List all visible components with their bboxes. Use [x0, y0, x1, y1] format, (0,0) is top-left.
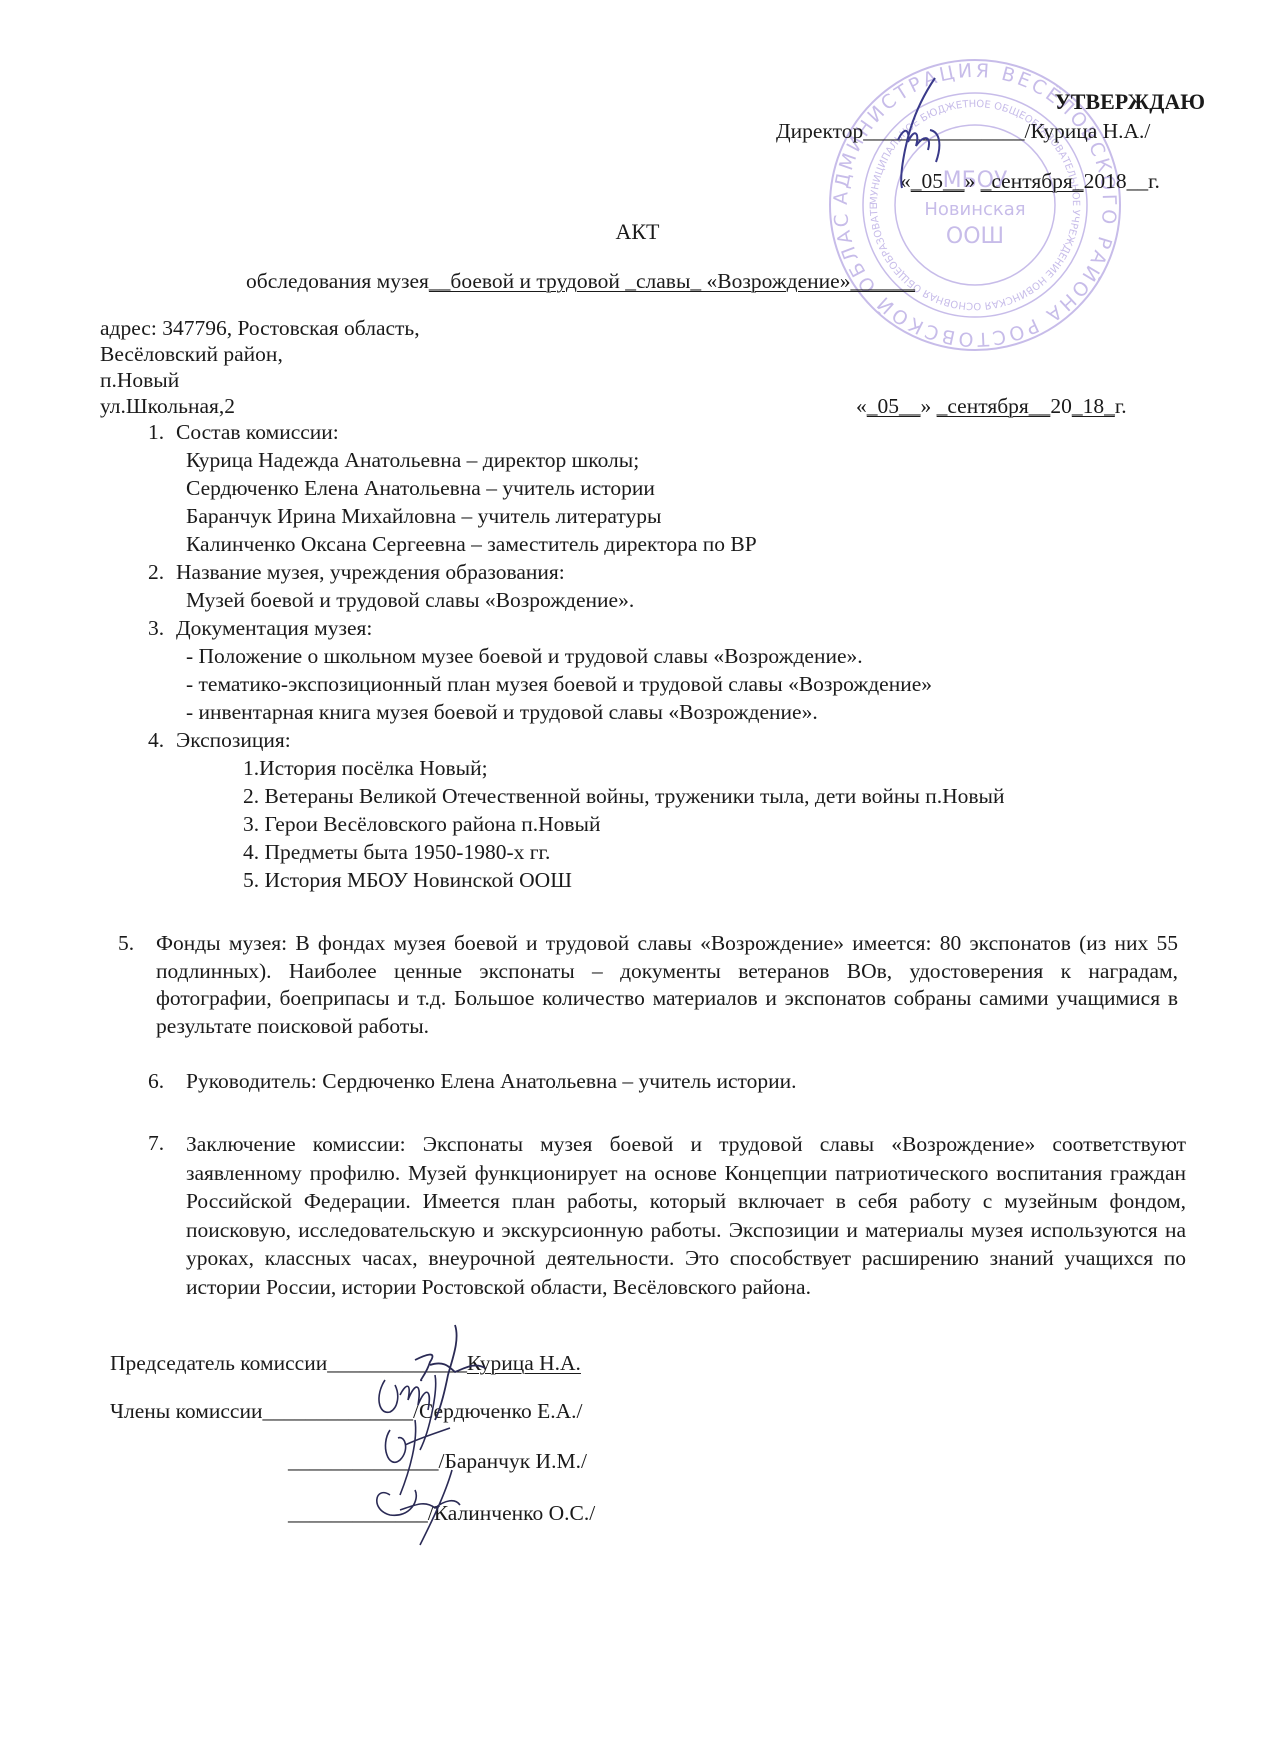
act-date: «_05__» _сентября__20_18_г. [856, 393, 1127, 420]
section-3-heading: 3.Документация музея: [148, 615, 372, 642]
approval-date-year: 2018 [1084, 169, 1127, 193]
commission-member: Баранчук Ирина Михайловна – учитель лите… [186, 503, 661, 530]
act-date-tail: г. [1115, 394, 1127, 418]
act-date-quote-open: « [856, 394, 867, 418]
approval-date-tail: __г. [1127, 169, 1160, 193]
act-date-year: _18_ [1072, 394, 1115, 418]
handwritten-signatures-icon [360, 1320, 560, 1550]
museum-funds-text: Фонды музея: В фондах музея боевой и тру… [156, 930, 1178, 1040]
exposition-item: 4. Предметы быта 1950-1980-х гг. [243, 839, 550, 866]
section-1-heading: 1.Состав комиссии: [148, 419, 339, 446]
museum-head-text: Руководитель: Сердюченко Елена Анатольев… [186, 1068, 797, 1095]
section-number: 1. [148, 419, 176, 446]
commission-member: Калинченко Оксана Сергеевна – заместител… [186, 531, 757, 558]
section-number: 2. [148, 559, 176, 586]
section-2-heading: 2.Название музея, учреждения образования… [148, 559, 565, 586]
section-number: 5. [118, 930, 156, 1040]
act-date-month: _сентября__ [937, 394, 1051, 418]
museum-name: Музей боевой и трудовой славы «Возрожден… [186, 587, 634, 614]
director-label: Директор [776, 119, 863, 143]
section-number: 3. [148, 615, 176, 642]
stamp-center-2: Новинская [924, 199, 1025, 220]
exposition-item: 5. История МБОУ Новинской ООШ [243, 867, 572, 894]
section-title: Название музея, учреждения образования: [176, 560, 565, 584]
subtitle-prefix: обследования музея [246, 269, 429, 293]
documentation-item: - тематико-экспозиционный план музея бое… [186, 671, 932, 698]
section-number: 6. [148, 1068, 186, 1095]
approval-title: УТВЕРЖДАЮ [1055, 88, 1205, 115]
section-title: Экспозиция: [176, 728, 291, 752]
exposition-item: 1.История посёлка Новый; [243, 755, 488, 782]
section-4-heading: 4.Экспозиция: [148, 727, 291, 754]
director-name: /Курица Н.А./ [1025, 119, 1151, 143]
section-5: 5. Фонды музея: В фондах музея боевой и … [118, 930, 1178, 1040]
address-line-4: ул.Школьная,2 [100, 393, 235, 420]
act-date-quote-close: » [921, 394, 932, 418]
section-title: Документация музея: [176, 616, 372, 640]
commission-member: Курица Надежда Анатольевна – директор шк… [186, 447, 639, 474]
approval-date-month: _сентября_ [981, 169, 1084, 193]
address-line-2: Весёловский район, [100, 341, 283, 368]
exposition-item: 3. Герои Весёловского района п.Новый [243, 811, 601, 838]
address-line-1: адрес: 347796, Ростовская область, [100, 315, 420, 342]
section-title: Состав комиссии: [176, 420, 339, 444]
act-date-day: _05__ [867, 394, 921, 418]
section-number: 7. [148, 1130, 186, 1301]
section-6: 6. Руководитель: Сердюченко Елена Анатол… [148, 1068, 797, 1095]
chair-label: Председатель комиссии [110, 1351, 327, 1375]
document-subtitle: обследования музея__боевой и трудовой _с… [246, 268, 915, 295]
exposition-item: 2. Ветераны Великой Отечественной войны,… [243, 783, 1005, 810]
commission-member: Сердюченко Елена Анатольевна – учитель и… [186, 475, 655, 502]
documentation-item: - инвентарная книга музея боевой и трудо… [186, 699, 818, 726]
museum-name-underlined: __боевой и трудовой _славы_ «Возрождение… [429, 269, 915, 293]
act-date-century: 20 [1050, 394, 1072, 418]
director-signature-icon [880, 70, 980, 200]
document-title: АКТ [0, 218, 1275, 245]
section-7: 7. Заключение комиссии: Экспонаты музея … [148, 1130, 1188, 1301]
members-label: Члены комиссии [110, 1399, 262, 1423]
commission-conclusion-text: Заключение комиссии: Экспонаты музея бое… [186, 1130, 1186, 1301]
section-number: 4. [148, 727, 176, 754]
address-line-3: п.Новый [100, 367, 179, 394]
documentation-item: - Положение о школьном музее боевой и тр… [186, 643, 863, 670]
